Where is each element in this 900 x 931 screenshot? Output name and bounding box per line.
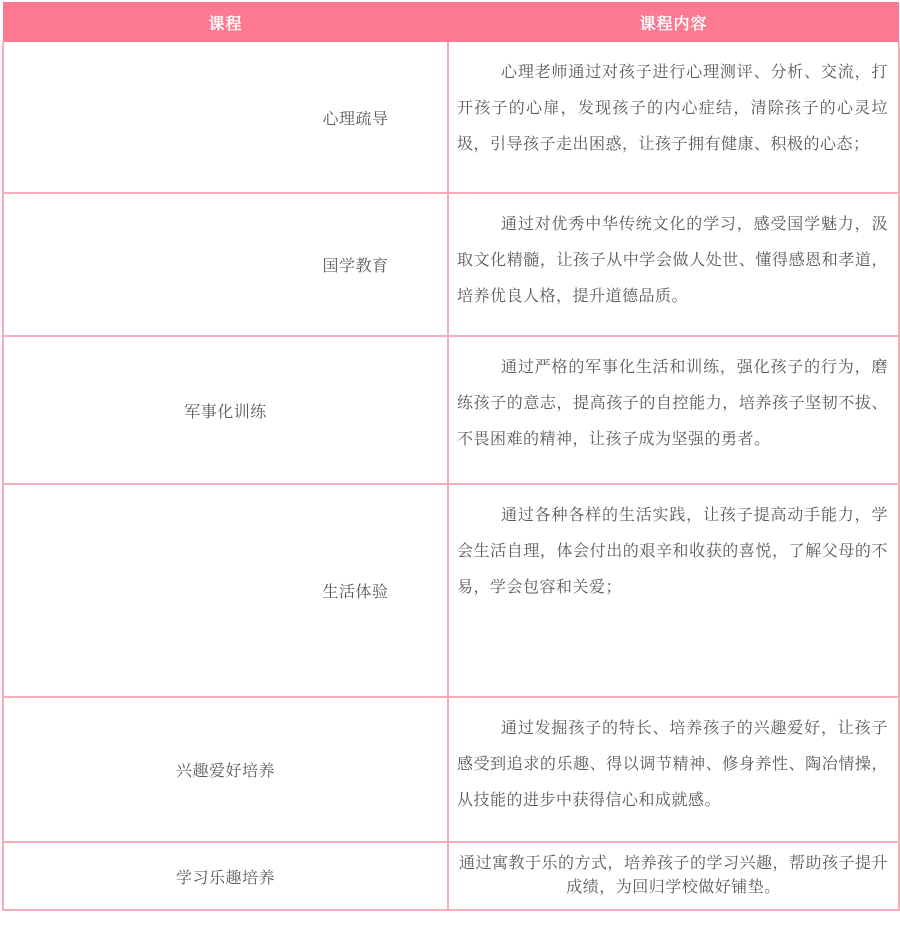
table-row: 心理疏导 心理老师通过对孩子进行心理测评、分析、交流，打开孩子的心扉，发现孩子的… [3,42,899,193]
course-name-cell: 学习乐趣培养 [3,842,448,910]
course-table: 课程 课程内容 心理疏导 心理老师通过对孩子进行心理测评、分析、交流，打开孩子的… [2,2,900,911]
col-header-content: 课程内容 [448,2,899,42]
page: 课程 课程内容 心理疏导 心理老师通过对孩子进行心理测评、分析、交流，打开孩子的… [0,0,900,931]
course-name-cell: 国学教育 [3,193,448,336]
table-row: 军事化训练 通过严格的军事化生活和训练，强化孩子的行为，磨练孩子的意志，提高孩子… [3,336,899,484]
course-content-cell: 通过寓教于乐的方式，培养孩子的学习兴趣，帮助孩子提升成绩，为回归学校做好铺垫。 [448,842,899,910]
course-name-cell: 兴趣爱好培养 [3,697,448,842]
table-header: 课程 课程内容 [3,2,899,42]
course-content-cell: 心理老师通过对孩子进行心理测评、分析、交流，打开孩子的心扉，发现孩子的内心症结，… [448,42,899,193]
course-content-cell: 通过对优秀中华传统文化的学习，感受国学魅力，汲取文化精髓，让孩子从中学会做人处世… [448,193,899,336]
table-row: 兴趣爱好培养 通过发掘孩子的特长、培养孩子的兴趣爱好，让孩子感受到追求的乐趣、得… [3,697,899,842]
col-header-course: 课程 [3,2,448,42]
table-body: 心理疏导 心理老师通过对孩子进行心理测评、分析、交流，打开孩子的心扉，发现孩子的… [3,42,899,910]
course-name-cell: 心理疏导 [3,42,448,193]
course-content-cell: 通过发掘孩子的特长、培养孩子的兴趣爱好，让孩子感受到追求的乐趣、得以调节精神、修… [448,697,899,842]
course-name-cell: 军事化训练 [3,336,448,484]
header-row: 课程 课程内容 [3,2,899,42]
course-content-cell: 通过严格的军事化生活和训练，强化孩子的行为，磨练孩子的意志，提高孩子的自控能力，… [448,336,899,484]
course-name-cell: 生活体验 [3,484,448,697]
table-row: 学习乐趣培养 通过寓教于乐的方式，培养孩子的学习兴趣，帮助孩子提升成绩，为回归学… [3,842,899,910]
course-content-cell: 通过各种各样的生活实践，让孩子提高动手能力，学会生活自理，体会付出的艰辛和收获的… [448,484,899,697]
table-row: 国学教育 通过对优秀中华传统文化的学习，感受国学魅力，汲取文化精髓，让孩子从中学… [3,193,899,336]
table-row: 生活体验 通过各种各样的生活实践，让孩子提高动手能力，学会生活自理，体会付出的艰… [3,484,899,697]
